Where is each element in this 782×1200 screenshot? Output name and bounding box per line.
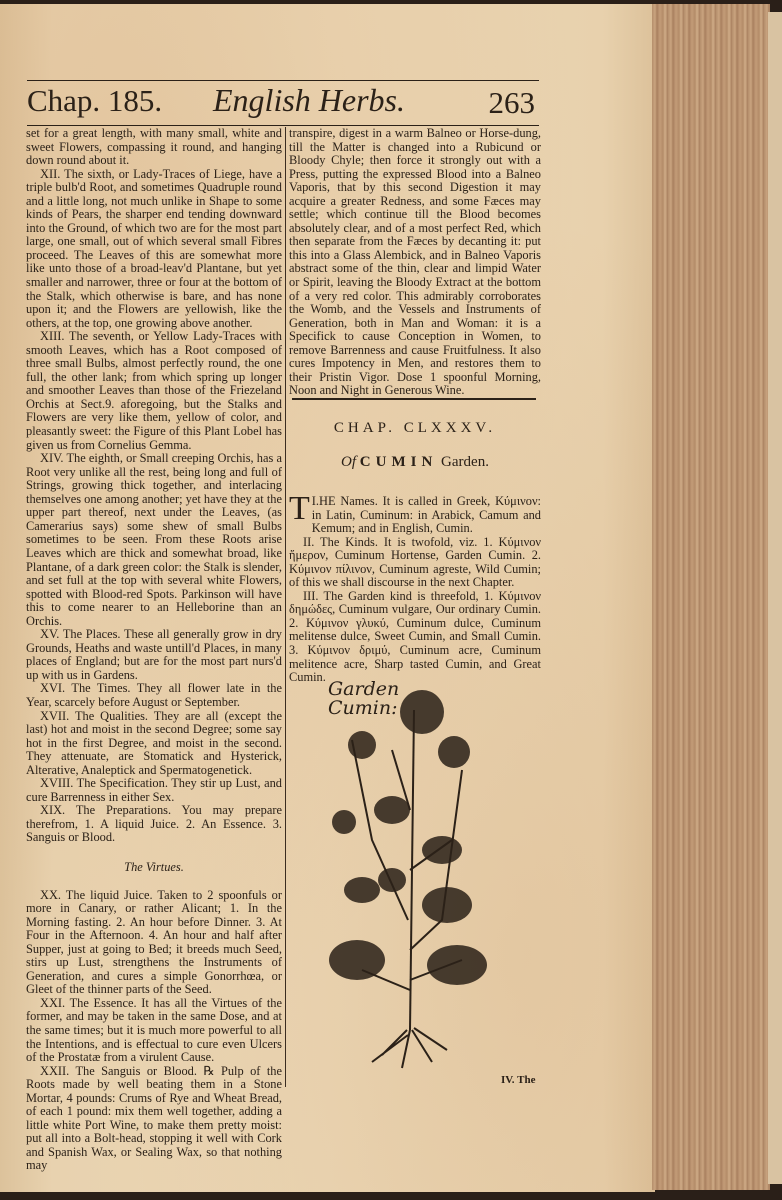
paragraph: XII. The sixth, or Lady-Traces of Liege,… — [26, 168, 282, 331]
catchword: IV. The — [501, 1074, 535, 1086]
paragraph: XXI. The Essence. It has all the Virtues… — [26, 997, 282, 1065]
chapter-label: Chap. 185. — [27, 83, 162, 119]
left-column: set for a great length, with many small,… — [26, 127, 282, 1173]
chapter-number-heading: CHAP. CLXXXV. — [289, 420, 541, 437]
roman-numeral: I. — [312, 494, 319, 508]
paragraph: XIX. The Preparations. You may prepare t… — [26, 804, 282, 845]
running-title: English Herbs. — [213, 82, 405, 119]
paragraph: set for a great length, with many small,… — [26, 127, 282, 168]
page-number: 263 — [489, 85, 536, 121]
chapter-title-suffix: Garden. — [441, 454, 489, 470]
section-heading-virtues: The Virtues. — [26, 861, 282, 875]
paragraph-text: HE Names. It is called in Greek, Κύμινον… — [312, 494, 541, 535]
paragraph: III. The Garden kind is threefold, 1. Κύ… — [289, 590, 541, 685]
chapter-title: Of CUMIN Garden. — [289, 454, 541, 471]
running-header: Chap. 185. English Herbs. 263 — [27, 80, 539, 126]
right-column-top: transpire, digest in a warm Balneo or Ho… — [289, 127, 541, 398]
paragraph-names: I.THE Names. It is called in Greek, Κύμι… — [289, 495, 541, 536]
paragraph: XIV. The eighth, or Small creeping Orchi… — [26, 452, 282, 628]
page-edges — [652, 4, 770, 1190]
drop-cap: T — [289, 495, 310, 523]
paragraph: XIII. The seventh, or Yellow Lady-Traces… — [26, 330, 282, 452]
paragraph: XV. The Places. These all generally grow… — [26, 628, 282, 682]
chapter-title-prefix: Of — [341, 454, 356, 470]
column-divider — [285, 127, 286, 1087]
paragraph: XX. The liquid Juice. Taken to 2 spoonfu… — [26, 889, 282, 997]
paragraph: XVIII. The Specification. They stir up L… — [26, 777, 282, 804]
paragraph: XVII. The Qualities. They are all (excep… — [26, 710, 282, 778]
paragraph: XVI. The Times. They all flower late in … — [26, 682, 282, 709]
chapter-rule — [292, 398, 536, 400]
right-column-chapter: I.THE Names. It is called in Greek, Κύμι… — [289, 495, 541, 685]
paragraph: II. The Kinds. It is twofold, viz. 1. Κύ… — [289, 536, 541, 590]
paragraph: transpire, digest in a warm Balneo or Ho… — [289, 127, 541, 398]
cumin-plant-illustration — [322, 690, 502, 1075]
chapter-title-main: CUMIN — [360, 454, 438, 470]
paragraph: XXII. The Sanguis or Blood. ℞ Pulp of th… — [26, 1065, 282, 1173]
